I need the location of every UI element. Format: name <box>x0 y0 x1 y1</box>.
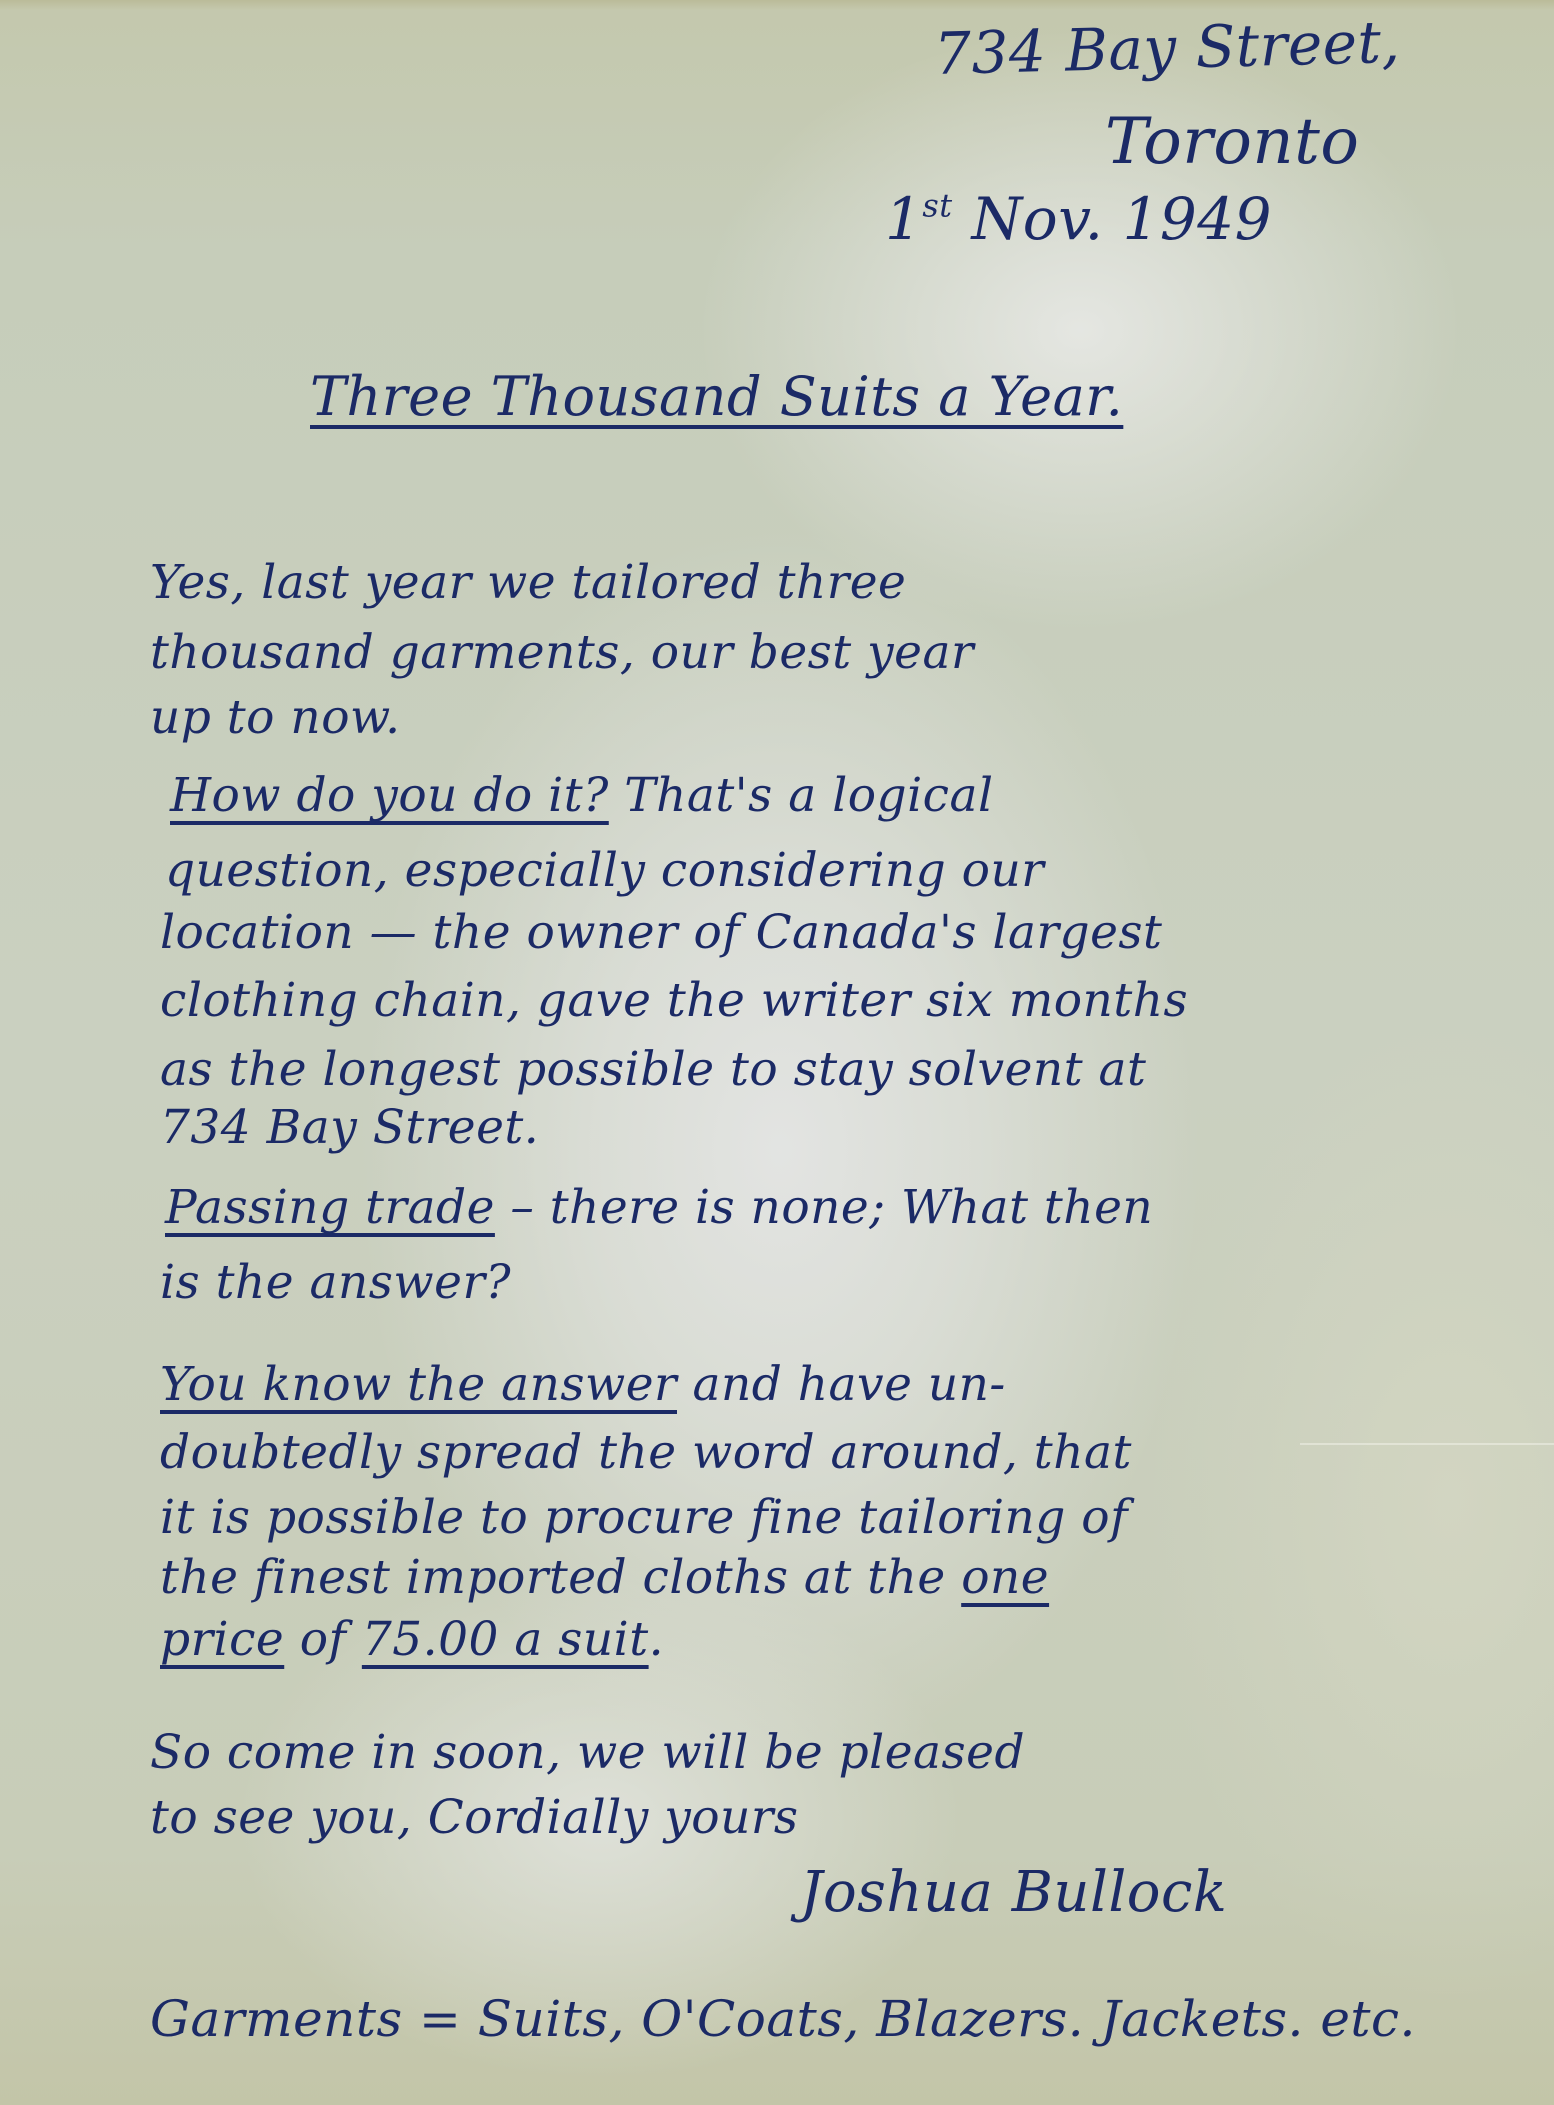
address-city: Toronto <box>1105 105 1359 179</box>
paragraph-3-line-1-rest: – there is none; What then <box>495 1180 1153 1235</box>
paragraph-4-line-1: You know the answer and have un- <box>160 1357 1006 1412</box>
letter-page: 734 Bay Street, Toronto 1st Nov. 1949 Th… <box>0 0 1554 2105</box>
paragraph-2-line-5: as the longest possible to stay solvent … <box>160 1042 1146 1097</box>
underlined-price: price <box>160 1612 284 1667</box>
underlined-one: one <box>961 1550 1049 1605</box>
closing-line-1: So come in soon, we will be pleased <box>150 1725 1025 1780</box>
date-month-year: Nov. 1949 <box>972 185 1273 253</box>
date-day: 1 <box>885 185 922 253</box>
paper-edge <box>0 0 1554 10</box>
paragraph-2-line-2: question, especially considering our <box>165 843 1044 898</box>
underlined-lead-question: How do you do it? <box>170 768 609 823</box>
paper-fold-crease <box>1300 1443 1554 1445</box>
footer-garments-note: Garments = Suits, O'Coats, Blazers. Jack… <box>150 1990 1416 2048</box>
paragraph-4-line-5: price of 75.00 a suit. <box>160 1612 664 1667</box>
paragraph-3-line-2: is the answer? <box>160 1255 511 1310</box>
paragraph-4-line-1-rest: and have un- <box>677 1357 1006 1412</box>
closing-line-2: to see you, Cordially yours <box>150 1790 798 1845</box>
paragraph-4-line-3: it is possible to procure fine tailoring… <box>160 1490 1128 1545</box>
underlined-price-amount: 75.00 a suit <box>362 1612 649 1667</box>
paragraph-2-line-1-rest: That's a logical <box>609 768 994 823</box>
underlined-you-know: You know the answer <box>160 1357 677 1412</box>
price-period: . <box>649 1612 664 1667</box>
letter-title: Three Thousand Suits a Year. <box>310 365 1123 428</box>
address-street: 734 Bay Street, <box>933 8 1401 88</box>
underlined-passing-trade: Passing trade <box>165 1180 495 1235</box>
paragraph-4-line-2: doubtedly spread the word around, that <box>160 1425 1132 1480</box>
paragraph-1-line-1: Yes, last year we tailored three <box>150 555 906 610</box>
paragraph-2-line-1: How do you do it? That's a logical <box>170 768 994 823</box>
paragraph-2-line-6: 734 Bay Street. <box>160 1100 539 1155</box>
paragraph-2-line-3: location — the owner of Canada's largest <box>160 905 1162 960</box>
letter-date: 1st Nov. 1949 <box>885 185 1272 253</box>
paragraph-4-line-4: the finest imported cloths at the one <box>160 1550 1049 1605</box>
date-suffix: st <box>922 187 952 225</box>
paragraph-1-line-3: up to now. <box>150 690 401 745</box>
paragraph-2-line-4: clothing chain, gave the writer six mont… <box>160 973 1188 1028</box>
price-of: of <box>300 1612 347 1667</box>
signature: Joshua Bullock <box>800 1860 1227 1925</box>
paragraph-3-line-1: Passing trade – there is none; What then <box>165 1180 1153 1235</box>
paragraph-4-line-4-text: the finest imported cloths at the <box>160 1550 961 1605</box>
paragraph-1-line-2: thousand garments, our best year <box>150 625 974 680</box>
